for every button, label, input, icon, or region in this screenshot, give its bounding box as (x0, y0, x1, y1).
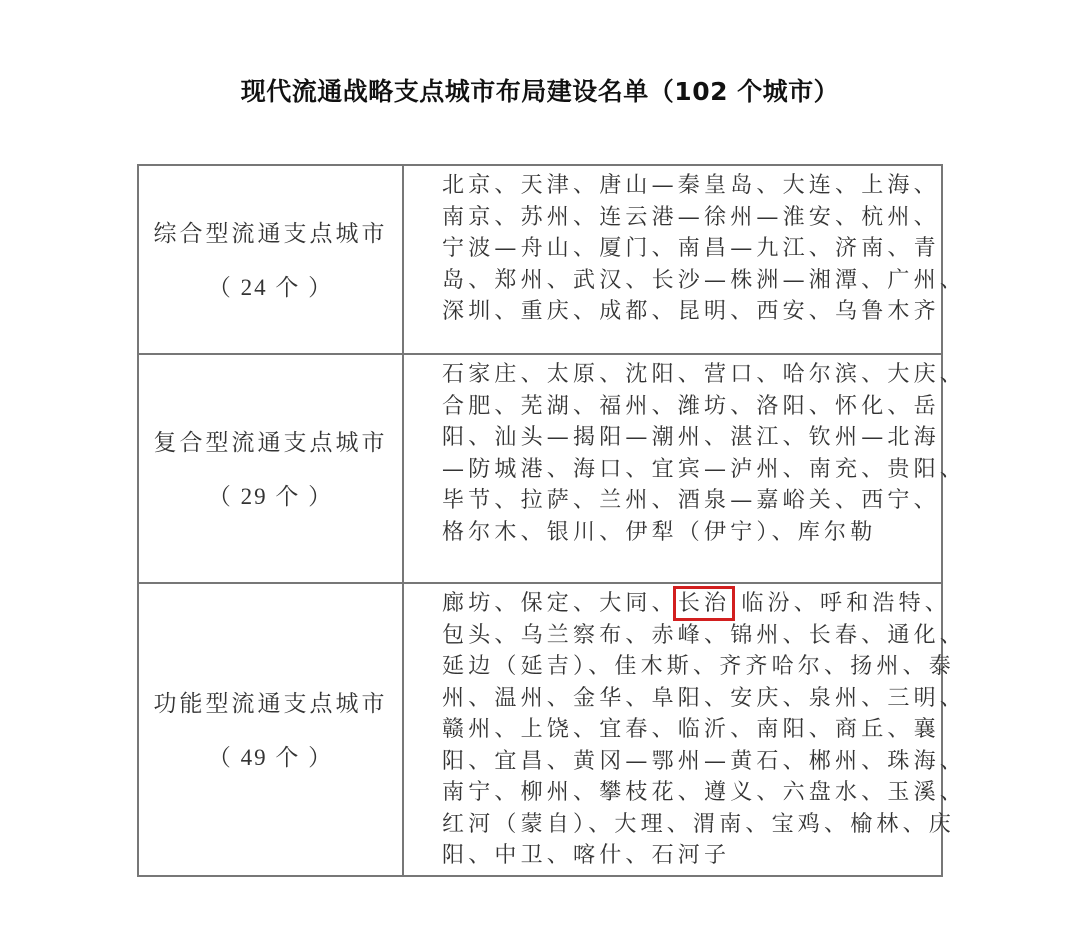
city-list-table: 综合型流通支点城市 （ 24 个 ） 北京、天津、唐山—秦皇岛、大连、上海、 南… (137, 164, 943, 877)
cities-cell: 石家庄、太原、沈阳、营口、哈尔滨、大庆、 合肥、芜湖、福州、潍坊、洛阳、怀化、岳… (404, 355, 941, 582)
document-title: 现代流通战略支点城市布局建设名单（102 个城市） (0, 72, 1080, 108)
category-cell: 综合型流通支点城市 （ 24 个 ） (139, 166, 404, 353)
cities-line: —防城港、海口、宜宾—泸州、南充、贵阳、 (442, 454, 929, 486)
highlighted-city-changzhi: 长治 (678, 591, 730, 616)
category-count: （ 24 个 ） (208, 269, 333, 302)
cities-line: 阳、中卫、喀什、石河子 (442, 840, 929, 872)
cities-text: 廊坊、保定、大同、 (442, 591, 678, 616)
cities-line: 包头、乌兰察布、赤峰、锦州、长春、通化、 (442, 620, 929, 652)
cities-line: 阳、汕头—揭阳—潮州、湛江、钦州—北海 (442, 422, 929, 454)
cities-line: 北京、天津、唐山—秦皇岛、大连、上海、 (442, 170, 929, 202)
cities-line: 延边（延吉）、佳木斯、齐齐哈尔、扬州、泰 (442, 651, 929, 683)
cities-line: 廊坊、保定、大同、长治 临汾、呼和浩特、 (442, 588, 929, 620)
cities-line: 赣州、上饶、宜春、临沂、南阳、商丘、襄 (442, 714, 929, 746)
category-count: （ 29 个 ） (208, 478, 333, 511)
cities-line: 南京、苏州、连云港—徐州—淮安、杭州、 (442, 202, 929, 234)
cities-cell: 廊坊、保定、大同、长治 临汾、呼和浩特、 包头、乌兰察布、赤峰、锦州、长春、通化… (404, 584, 941, 875)
category-count: （ 49 个 ） (208, 739, 333, 772)
cities-line: 合肥、芜湖、福州、潍坊、洛阳、怀化、岳 (442, 391, 929, 423)
cities-line: 岛、郑州、武汉、长沙—株洲—湘潭、广州、 (442, 265, 929, 297)
cities-line: 格尔木、银川、伊犁（伊宁）、库尔勒 (442, 517, 929, 549)
cities-line: 深圳、重庆、成都、昆明、西安、乌鲁木齐 (442, 296, 929, 328)
cities-line: 石家庄、太原、沈阳、营口、哈尔滨、大庆、 (442, 359, 929, 391)
category-cell: 复合型流通支点城市 （ 29 个 ） (139, 355, 404, 582)
category-name: 综合型流通支点城市 (154, 217, 388, 251)
cities-text: 临汾、呼和浩特、 (730, 591, 951, 616)
cities-line: 宁波—舟山、厦门、南昌—九江、济南、青 (442, 233, 929, 265)
category-name: 功能型流通支点城市 (154, 687, 388, 721)
category-cell: 功能型流通支点城市 （ 49 个 ） (139, 584, 404, 875)
cities-line: 红河（蒙自）、大理、渭南、宝鸡、榆林、庆 (442, 809, 929, 841)
cities-line: 南宁、柳州、攀枝花、遵义、六盘水、玉溪、 (442, 777, 929, 809)
table-row-functional: 功能型流通支点城市 （ 49 个 ） 廊坊、保定、大同、长治 临汾、呼和浩特、 … (139, 584, 941, 875)
table-row-comprehensive: 综合型流通支点城市 （ 24 个 ） 北京、天津、唐山—秦皇岛、大连、上海、 南… (139, 166, 941, 355)
cities-line: 州、温州、金华、阜阳、安庆、泉州、三明、 (442, 683, 929, 715)
cities-cell: 北京、天津、唐山—秦皇岛、大连、上海、 南京、苏州、连云港—徐州—淮安、杭州、 … (404, 166, 941, 353)
category-name: 复合型流通支点城市 (154, 426, 388, 460)
cities-line: 毕节、拉萨、兰州、酒泉—嘉峪关、西宁、 (442, 485, 929, 517)
cities-line: 阳、宜昌、黄冈—鄂州—黄石、郴州、珠海、 (442, 746, 929, 778)
table-row-composite: 复合型流通支点城市 （ 29 个 ） 石家庄、太原、沈阳、营口、哈尔滨、大庆、 … (139, 355, 941, 584)
